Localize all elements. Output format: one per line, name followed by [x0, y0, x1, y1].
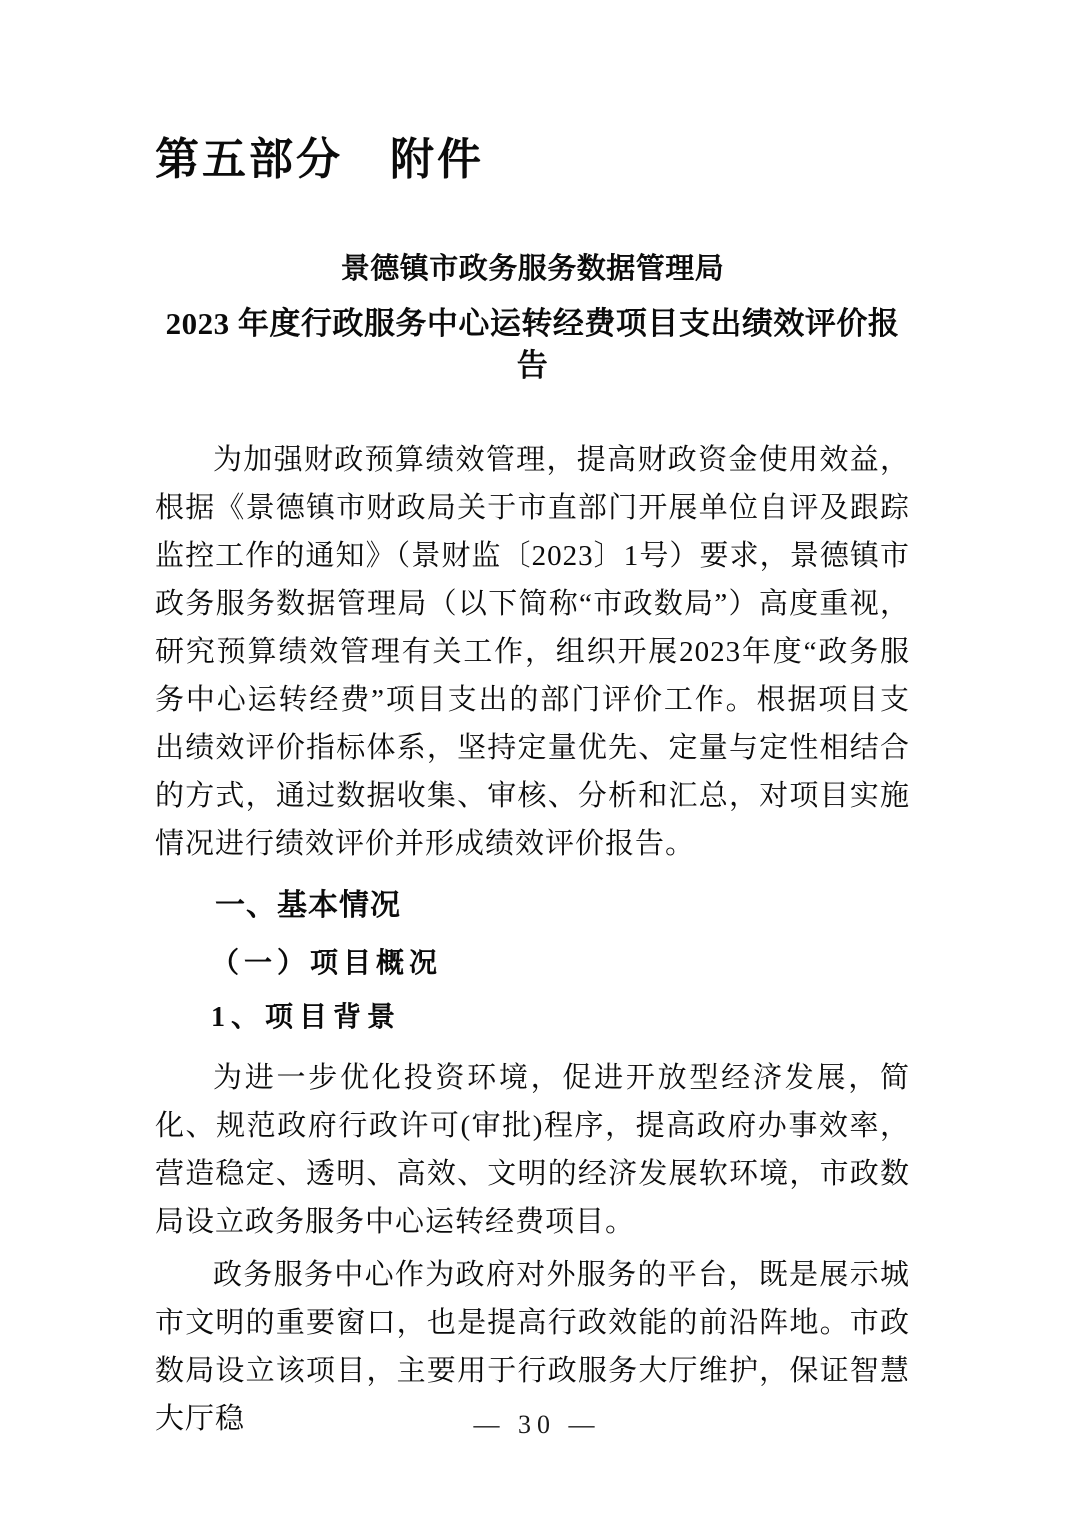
- section-heading-basic-info: 一、基本情况: [155, 885, 910, 927]
- document-title-report: 2023 年度行政服务中心运转经费项目支出绩效评价报告: [155, 303, 910, 387]
- heading-project-background: 1、项目背景: [155, 997, 910, 1039]
- part-heading: 第五部分 附件: [155, 132, 910, 187]
- intro-paragraph: 为加强财政预算绩效管理，提高财政资金使用效益，根据《景德镇市财政局关于市直部门开…: [155, 436, 910, 868]
- document-content: 第五部分 附件 景德镇市政务服务数据管理局 2023 年度行政服务中心运转经费项…: [155, 0, 910, 1443]
- subsection-heading-project-overview: （一）项目概况: [155, 943, 910, 985]
- document-title-organization: 景德镇市政务服务数据管理局: [155, 251, 910, 287]
- page-number: — 30 —: [0, 1410, 1074, 1440]
- document-page: 第五部分 附件 景德镇市政务服务数据管理局 2023 年度行政服务中心运转经费项…: [0, 0, 1074, 1520]
- project-background-paragraph-1: 为进一步优化投资环境，促进开放型经济发展，简化、规范政府行政许可(审批)程序，提…: [155, 1054, 910, 1246]
